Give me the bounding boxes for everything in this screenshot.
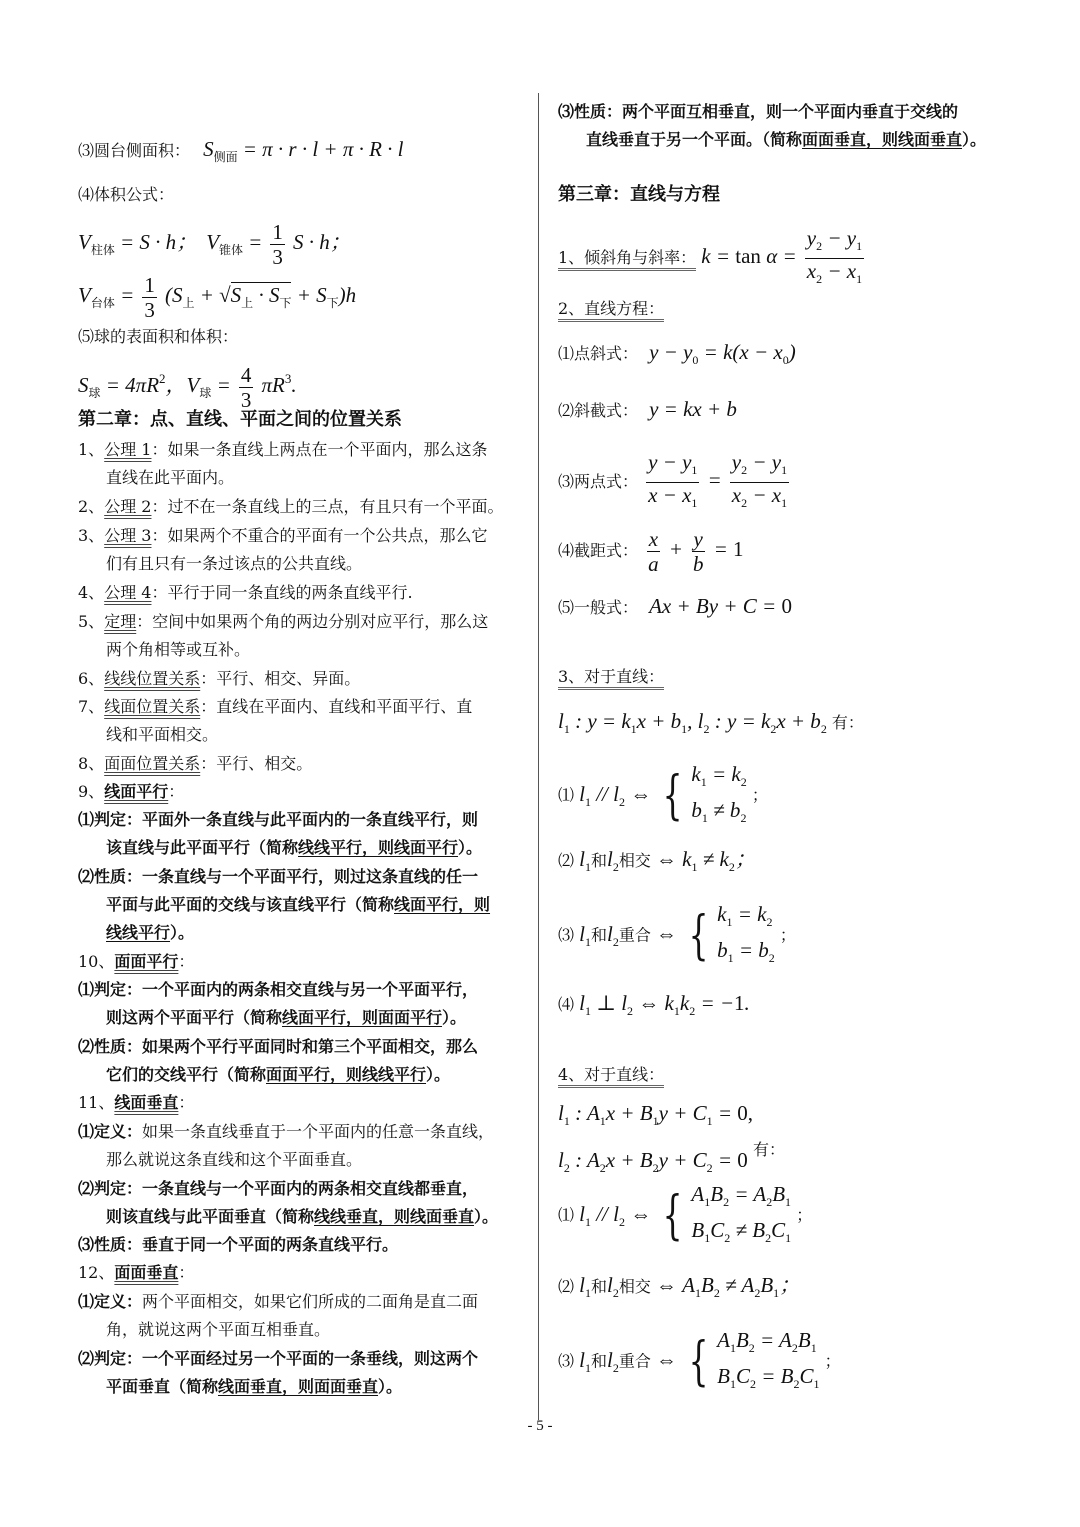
two-point-form: ⑶两点式： y − y1x − x1 = y2 − y1x2 − x1 (558, 450, 792, 515)
list-item: 6、线线位置关系：平行、相交、异面。 (78, 668, 360, 690)
s12-definition: ⑴定义：两个平面相交，如果它们所成的二面角是直二面 (78, 1291, 478, 1313)
list-item-continuation: 直线在此平面内。 (106, 467, 234, 489)
list-item-continuation: 两个角相等或互补。 (106, 639, 250, 661)
s11-definition-cont: 那么就说这条直线和这个平面垂直。 (106, 1149, 362, 1171)
list-item: 9、线面平行： (78, 781, 184, 803)
volume-prism-cone: V柱体 = S · h； V锥体 = 13 S · h； (78, 218, 351, 274)
s12-property-cont: 直线垂直于另一个平面。（简称面面垂直，则线面垂直）。 (586, 129, 986, 151)
s12-judgement-cont: 平面垂直（简称线面垂直，则面面垂直）。 (106, 1376, 402, 1398)
frustum-lateral-area: ⑶圆台侧面积： S侧面 = π · r · l + π · R · l (78, 138, 404, 168)
list-item: 2、公理 2：过不在一条直线上的三点，有且只有一个平面。 (78, 496, 503, 518)
s12-judgement: ⑵判定：一个平面经过另一个平面的一条垂线，则这两个 (78, 1348, 478, 1370)
slope-parallel: ⑴ l1 // l2 ⇔ {k1 = k2b1 ≠ b2 ； (558, 760, 768, 832)
slope-coincide: ⑶ l1和l2重合 ⇔ {k1 = k2b1 = b2 ； (558, 900, 796, 972)
point-slope-form: ⑴点斜式： y − y0 = k(x − x0) (558, 339, 796, 373)
list-item: 4、公理 4：平行于同一条直线的两条直线平行. (78, 582, 413, 604)
slope-formula: 1、倾斜角与斜率： k = tan α = y2 − y1x2 − x1 (558, 226, 867, 291)
s11-heading: 11、线面垂直： (78, 1092, 194, 1114)
list-item: 7、线面位置关系：直线在平面内、直线和平面平行、直 (78, 696, 472, 718)
list-item: 1、公理 1：如果一条直线上两点在一个平面内，那么这条 (78, 439, 487, 461)
s9-property: ⑵性质：一条直线与一个平面平行，则过这条直线的任一 (78, 866, 478, 888)
s10-property: ⑵性质：如果两个平行平面同时和第三个平面相交，那么 (78, 1036, 478, 1058)
line-equations-heading: 2、直线方程： (558, 298, 664, 320)
document-page: ⑶圆台侧面积： S侧面 = π · r · l + π · R · l ⑷体积公… (0, 0, 1080, 1527)
s11-property: ⑶性质：垂直于同一个平面的两条直线平行。 (78, 1234, 398, 1256)
section-3-heading: 3、对于直线： (558, 666, 664, 688)
general-intersect: ⑵ l1和l2相交 ⇔ A1B2 ≠ A2B1； (558, 1272, 800, 1306)
s10-judgement-cont: 则这两个平面平行（简称线面平行，则面面平行）。 (106, 1007, 466, 1029)
list-item: 5、定理：空间中如果两个角的两边分别对应平行，那么这 (78, 611, 488, 633)
general-form: ⑸一般式： Ax + By + C = 0 (558, 593, 792, 621)
list-item-continuation: 们有且只有一条过该点的公共直线。 (106, 553, 362, 575)
s10-property-cont: 它们的交线平行（简称面面平行，则线线平行）。 (106, 1064, 450, 1086)
chapter-3-title: 第三章：直线与方程 (558, 184, 720, 206)
slope-intersect: ⑵ l1和l2相交 ⇔ k1 ≠ k2； (558, 846, 756, 880)
s11-judgement: ⑵判定：一条直线与一个平面内的两条相交直线都垂直， (78, 1178, 478, 1200)
slope-intercept-form: ⑵斜截式： y = kx + b (558, 396, 737, 424)
list-item: 8、面面位置关系：平行、相交。 (78, 753, 312, 775)
general-parallel: ⑴ l1 // l2 ⇔ {A1B2 = A2B1B1C2 ≠ B2C1 ； (558, 1180, 812, 1252)
list-item-continuation: 线和平面相交。 (106, 724, 218, 746)
sphere-label: ⑸球的表面积和体积： (78, 326, 238, 348)
slope-lines-def: l1 : y = k1x + b1, l2 : y = k2x + b2 有： (558, 708, 864, 742)
page-number: - 5 - (0, 1418, 1080, 1435)
s11-judgement-cont: 则该直线与此平面垂直（简称线线垂直，则线面垂直）。 (106, 1206, 498, 1228)
column-divider (538, 93, 539, 1420)
s12-definition-cont: 角，就说这两个平面互相垂直。 (106, 1319, 330, 1341)
intercept-form: ⑷截距式： xa + yb = 1 (558, 524, 743, 576)
s9-judgement: ⑴判定：平面外一条直线与此平面内的一条直线平行，则 (78, 809, 478, 831)
s10-judgement: ⑴判定：一个平面内的两条相交直线与另一个平面平行， (78, 979, 478, 1001)
volume-formula-label: ⑷体积公式： (78, 184, 174, 206)
slope-perpendicular: ⑷ l1 ⊥ l2 ⇔ k1k2 = −1. (558, 990, 750, 1024)
chapter-2-title: 第二章：点、直线、平面之间的位置关系 (78, 409, 402, 431)
s10-heading: 10、面面平行： (78, 951, 194, 973)
section-4-heading: 4、对于直线： (558, 1064, 664, 1086)
s12-property: ⑶性质：两个平面互相垂直，则一个平面内垂直于交线的 (558, 101, 958, 123)
general-coincide: ⑶ l1和l2重合 ⇔ {A1B2 = A2B1B1C2 = B2C1 ； (558, 1326, 841, 1398)
s9-property-cont2: 线线平行）。 (106, 922, 194, 944)
general-lines-def: l1 : A1x + B1y + C1 = 0, l2 : A2x + B2y … (558, 1098, 785, 1183)
s12-heading: 12、面面垂直： (78, 1262, 194, 1284)
volume-frustum: V台体 = 13 (S上 + √S上 · S下 + S下)h (78, 270, 356, 328)
s9-property-cont: 平面与此平面的交线与该直线平行（简称线面平行，则 (106, 894, 490, 916)
s11-definition: ⑴定义：如果一条直线垂直于一个平面内的任意一条直线， (78, 1121, 494, 1143)
list-item: 3、公理 3：如果两个不重合的平面有一个公共点，那么它 (78, 525, 487, 547)
s9-judgement-cont: 该直线与此平面平行（简称线线平行，则线面平行）。 (106, 837, 482, 859)
